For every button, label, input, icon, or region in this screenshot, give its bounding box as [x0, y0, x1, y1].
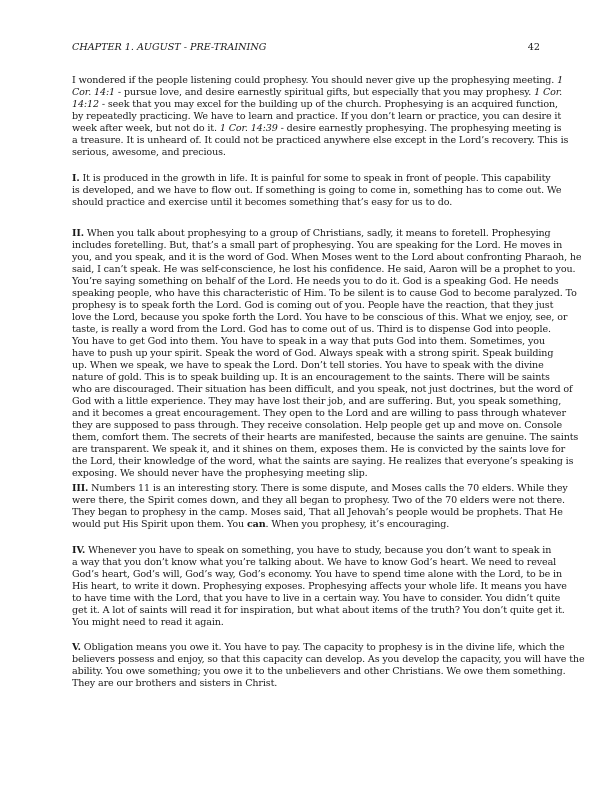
- text-line: are transparent. We speak it, and it shi…: [72, 444, 540, 456]
- text-line: you, and you speak, and it is the word o…: [72, 252, 540, 264]
- text-run: have to push up your spirit. Speak the w…: [72, 348, 553, 359]
- text-line: V. Obligation means you owe it. You have…: [72, 642, 540, 654]
- text-run: God with a little experience. They may h…: [72, 396, 561, 407]
- text-run: who are discouraged. Their situation has…: [72, 384, 572, 395]
- text-line: is developed, and we have to flow out. I…: [72, 185, 540, 197]
- text-run: God’s heart, God’s will, God’s way, God’…: [72, 569, 562, 580]
- text-line: they are supposed to pass through. They …: [72, 420, 540, 432]
- text-line: You’re saying something on behalf of the…: [72, 276, 540, 288]
- scripture-reference: 14:12: [72, 99, 99, 110]
- text-run: should practice and exercise until it be…: [72, 197, 452, 208]
- section-numeral: V.: [72, 642, 81, 653]
- text-run: up. When we speak, we have to speak the …: [72, 360, 544, 371]
- text-run: Whenever you have to speak on something,…: [85, 545, 551, 556]
- text-line: to have time with the Lord, that you hav…: [72, 593, 540, 605]
- paragraph-point-II: II. When you talk about prophesying to a…: [72, 228, 540, 480]
- paragraph-point-V: V. Obligation means you owe it. You have…: [72, 642, 540, 690]
- text-line: His heart, to write it down. Prophesying…: [72, 581, 540, 593]
- text-line: said, I can’t speak. He was self-conscie…: [72, 264, 540, 276]
- text-run: is developed, and we have to flow out. I…: [72, 185, 561, 196]
- text-run: you, and you speak, and it is the word o…: [72, 252, 581, 263]
- scripture-reference: 1 Cor. 14:39: [220, 123, 278, 134]
- paragraph-point-I: I. It is produced in the growth in life.…: [72, 173, 540, 209]
- text-run: a treasure. It is unheard of. It could n…: [72, 135, 568, 146]
- text-run: includes foretelling. But, that’s a smal…: [72, 240, 562, 251]
- text-line: love the Lord, because you spoke forth t…: [72, 312, 540, 324]
- text-line: have to push up your spirit. Speak the w…: [72, 348, 540, 360]
- text-run: Obligation means you owe it. You have to…: [81, 642, 565, 653]
- text-line: by repeatedly practicing. We have to lea…: [72, 111, 540, 123]
- text-line: II. When you talk about prophesying to a…: [72, 228, 540, 240]
- text-run: You have to get God into them. You have …: [72, 336, 545, 347]
- text-line: III. Numbers 11 is an interesting story.…: [72, 483, 540, 495]
- text-run: and it becomes a great encouragement. Th…: [72, 408, 566, 419]
- text-line: a treasure. It is unheard of. It could n…: [72, 135, 540, 147]
- text-line: get it. A lot of saints will read it for…: [72, 605, 540, 617]
- text-line: God with a little experience. They may h…: [72, 396, 540, 408]
- text-run: - pursue love, and desire earnestly spir…: [115, 87, 534, 98]
- text-line: Cor. 14:1 - pursue love, and desire earn…: [72, 87, 540, 99]
- text-line: You might need to read it again.: [72, 617, 540, 629]
- scripture-reference: Cor. 14:1: [72, 87, 115, 98]
- text-run: His heart, to write it down. Prophesying…: [72, 581, 567, 592]
- paragraph-point-III: III. Numbers 11 is an interesting story.…: [72, 483, 540, 531]
- text-run: them, comfort them. The secrets of their…: [72, 432, 578, 443]
- text-run: I wondered if the people listening could…: [72, 75, 557, 86]
- text-line: God’s heart, God’s will, God’s way, God’…: [72, 569, 540, 581]
- text-run: exposing. We should never have the proph…: [72, 468, 368, 479]
- text-run: Numbers 11 is an interesting story. Ther…: [88, 483, 567, 494]
- running-header: CHAPTER 1. AUGUST - PRE-TRAINING 42: [72, 42, 540, 56]
- text-run: week after week, but not do it.: [72, 123, 220, 134]
- text-line: serious, awesome, and precious.: [72, 147, 540, 159]
- text-run: taste, is really a word from the Lord. G…: [72, 324, 551, 335]
- text-run: You’re saying something on behalf of the…: [72, 276, 559, 287]
- text-line: believers possess and enjoy, so that thi…: [72, 654, 540, 666]
- text-run: would put His Spirit upon them. You: [72, 519, 247, 530]
- text-line: were there, the Spirit comes down, and t…: [72, 495, 540, 507]
- text-run: by repeatedly practicing. We have to lea…: [72, 111, 561, 122]
- section-numeral: IV.: [72, 545, 85, 556]
- text-run: said, I can’t speak. He was self-conscie…: [72, 264, 575, 275]
- text-run: - seek that you may excel for the buildi…: [99, 99, 558, 110]
- text-run: nature of gold. This is to speak buildin…: [72, 372, 550, 383]
- text-line: week after week, but not do it. 1 Cor. 1…: [72, 123, 540, 135]
- chapter-title: CHAPTER 1. AUGUST - PRE-TRAINING: [72, 42, 266, 53]
- text-line: They began to prophesy in the camp. Mose…: [72, 507, 540, 519]
- text-line: prophesy is to speak forth the Lord. God…: [72, 300, 540, 312]
- text-run: - desire earnestly prophesying. The prop…: [278, 123, 562, 134]
- text-line: a way that you don’t know what you’re ta…: [72, 557, 540, 569]
- text-run: It is produced in the growth in life. It…: [80, 173, 551, 184]
- paragraph-intro: I wondered if the people listening could…: [72, 75, 540, 159]
- text-line: IV. Whenever you have to speak on someth…: [72, 545, 540, 557]
- text-line: speaking people, who have this character…: [72, 288, 540, 300]
- scripture-reference: 1 Cor.: [534, 87, 562, 98]
- text-line: should practice and exercise until it be…: [72, 197, 540, 209]
- text-line: nature of gold. This is to speak buildin…: [72, 372, 540, 384]
- text-run: serious, awesome, and precious.: [72, 147, 226, 158]
- text-run: to have time with the Lord, that you hav…: [72, 593, 560, 604]
- page-number: 42: [528, 42, 540, 53]
- paragraph-point-IV: IV. Whenever you have to speak on someth…: [72, 545, 540, 629]
- text-run: the Lord, their knowledge of the word, w…: [72, 456, 573, 467]
- text-run: are transparent. We speak it, and it shi…: [72, 444, 565, 455]
- text-run: believers possess and enjoy, so that thi…: [72, 654, 585, 665]
- text-line: taste, is really a word from the Lord. G…: [72, 324, 540, 336]
- text-line: 14:12 - seek that you may excel for the …: [72, 99, 540, 111]
- text-line: includes foretelling. But, that’s a smal…: [72, 240, 540, 252]
- text-run: a way that you don’t know what you’re ta…: [72, 557, 556, 568]
- text-run: ability. You owe something; you owe it t…: [72, 666, 566, 677]
- text-run: They began to prophesy in the camp. Mose…: [72, 507, 563, 518]
- text-run: speaking people, who have this character…: [72, 288, 577, 299]
- text-line: the Lord, their knowledge of the word, w…: [72, 456, 540, 468]
- section-numeral: III.: [72, 483, 88, 494]
- section-numeral: II.: [72, 228, 84, 239]
- text-run: were there, the Spirit comes down, and t…: [72, 495, 565, 506]
- text-line: and it becomes a great encouragement. Th…: [72, 408, 540, 420]
- scripture-reference: 1: [557, 75, 563, 86]
- text-run: . When you prophesy, it’s encouraging.: [266, 519, 450, 530]
- text-line: them, comfort them. The secrets of their…: [72, 432, 540, 444]
- text-line: would put His Spirit upon them. You can.…: [72, 519, 540, 531]
- text-run: love the Lord, because you spoke forth t…: [72, 312, 567, 323]
- text-line: ability. You owe something; you owe it t…: [72, 666, 540, 678]
- text-line: You have to get God into them. You have …: [72, 336, 540, 348]
- text-run: You might need to read it again.: [72, 617, 224, 628]
- text-run: When you talk about prophesying to a gro…: [84, 228, 551, 239]
- section-numeral: I.: [72, 173, 80, 184]
- text-line: exposing. We should never have the proph…: [72, 468, 540, 480]
- text-line: I. It is produced in the growth in life.…: [72, 173, 540, 185]
- text-line: up. When we speak, we have to speak the …: [72, 360, 540, 372]
- text-run: they are supposed to pass through. They …: [72, 420, 562, 431]
- text-run: prophesy is to speak forth the Lord. God…: [72, 300, 553, 311]
- text-line: I wondered if the people listening could…: [72, 75, 540, 87]
- text-run: can: [247, 519, 266, 530]
- text-run: They are our brothers and sisters in Chr…: [72, 678, 277, 689]
- text-line: They are our brothers and sisters in Chr…: [72, 678, 540, 690]
- text-line: who are discouraged. Their situation has…: [72, 384, 540, 396]
- text-run: get it. A lot of saints will read it for…: [72, 605, 565, 616]
